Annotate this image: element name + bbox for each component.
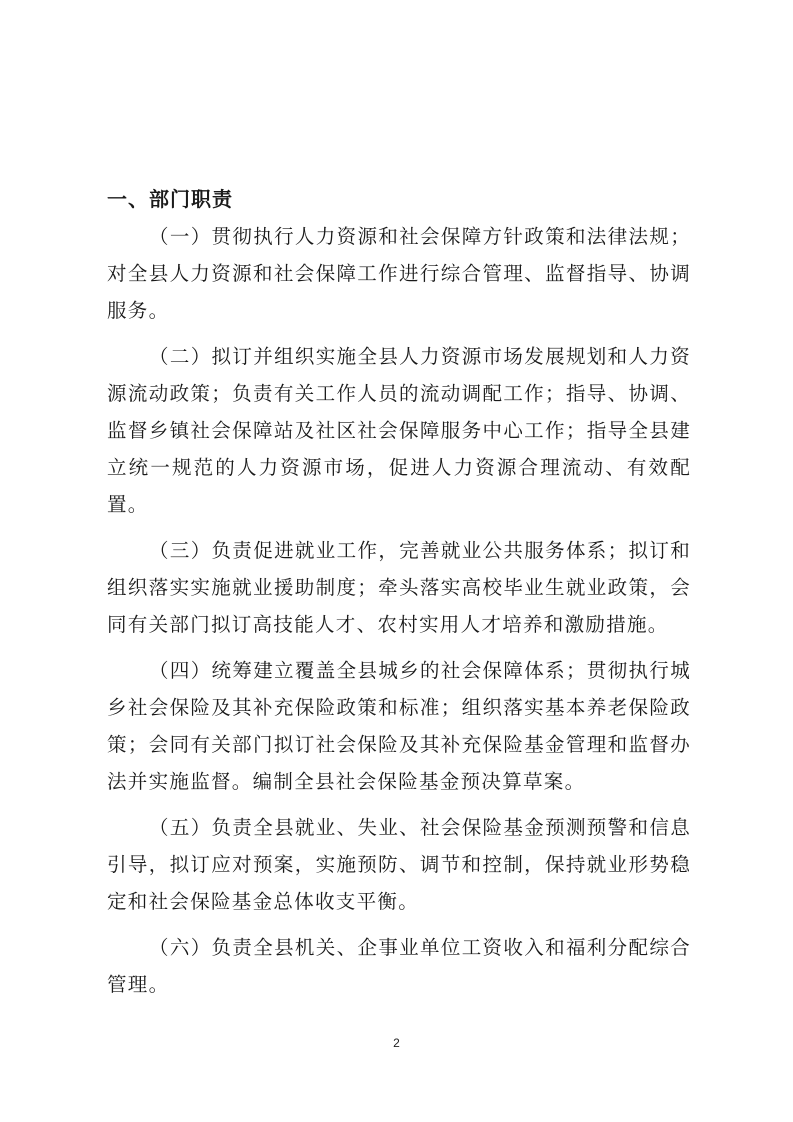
paragraph-6: （六）负责全县机关、企事业单位工资收入和福利分配综合管理。 xyxy=(107,929,691,1003)
paragraph-1: （一）贯彻执行人力资源和社会保障方针政策和法律法规；对全县人力资源和社会保障工作… xyxy=(107,218,691,329)
paragraph-5: （五）负责全县就业、失业、社会保险基金预测预警和信息引导，拟订应对预案，实施预防… xyxy=(107,809,691,920)
page-number: 2 xyxy=(0,1036,793,1050)
paragraph-2: （二）拟订并组织实施全县人力资源市场发展规划和人力资源流动政策；负责有关工作人员… xyxy=(107,338,691,523)
document-body: 一、部门职责 （一）贯彻执行人力资源和社会保障方针政策和法律法规；对全县人力资源… xyxy=(107,184,691,1012)
paragraph-3: （三）负责促进就业工作，完善就业公共服务体系；拟订和组织落实实施就业援助制度；牵… xyxy=(107,532,691,643)
paragraph-4: （四）统筹建立覆盖全县城乡的社会保障体系；贯彻执行城乡社会保险及其补充保险政策和… xyxy=(107,652,691,800)
document-page: 一、部门职责 （一）贯彻执行人力资源和社会保障方针政策和法律法规；对全县人力资源… xyxy=(0,0,793,1122)
section-heading: 一、部门职责 xyxy=(107,184,691,214)
